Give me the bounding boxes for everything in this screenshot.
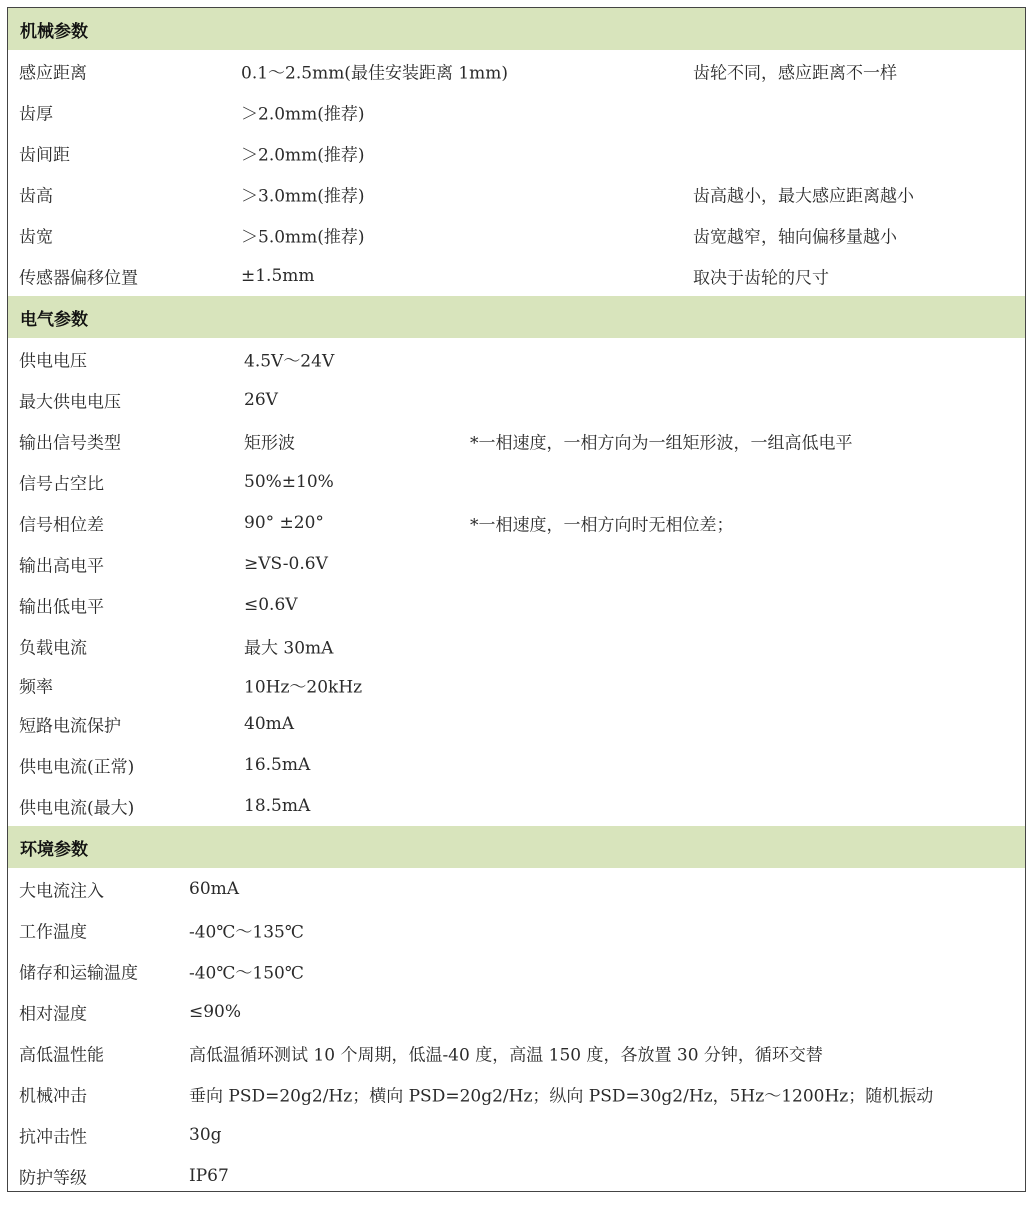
param-value: 16.5mA	[244, 755, 310, 775]
section-header-mechanical: 机械参数	[8, 8, 1025, 50]
table-row: 齿厚＞2.0mm(推荐)	[8, 91, 1025, 132]
param-value: 0.1～2.5mm(最佳安装距离 1mm)	[241, 58, 508, 83]
table-row: 信号占空比50%±10%	[8, 461, 1025, 502]
table-row: 负载电流最大 30mA	[8, 625, 1025, 666]
table-row: 大电流注入60mA	[8, 868, 1025, 909]
param-name: 高低温性能	[19, 1040, 104, 1065]
table-row: 输出低电平≤0.6V	[8, 584, 1025, 625]
param-name: 频率	[19, 672, 53, 697]
section-header-environmental: 环境参数	[8, 826, 1025, 868]
table-row: 供电电流(最大)18.5mA	[8, 785, 1025, 826]
param-value: 高低温循环测试 10 个周期，低温-40 度，高温 150 度，各放置 30 分…	[189, 1040, 823, 1065]
table-row: 齿间距＞2.0mm(推荐)	[8, 132, 1025, 173]
table-row: 输出高电平≥VS-0.6V	[8, 543, 1025, 584]
param-value: -40℃～150℃	[189, 958, 304, 983]
param-value: ＞2.0mm(推荐)	[241, 140, 365, 165]
param-note: 齿宽越窄，轴向偏移量越小	[693, 222, 897, 247]
param-value: -40℃～135℃	[189, 917, 304, 942]
param-value: 矩形波	[244, 428, 295, 453]
spec-table: 机械参数 感应距离0.1～2.5mm(最佳安装距离 1mm)齿轮不同，感应距离不…	[7, 7, 1026, 1192]
section-header-electrical: 电气参数	[8, 296, 1025, 338]
param-value: ±1.5mm	[241, 266, 315, 286]
param-value: ＞5.0mm(推荐)	[241, 222, 365, 247]
table-row: 高低温性能高低温循环测试 10 个周期，低温-40 度，高温 150 度，各放置…	[8, 1032, 1025, 1073]
param-value: 50%±10%	[244, 472, 334, 492]
param-value: ＞3.0mm(推荐)	[241, 181, 365, 206]
param-value: ≤0.6V	[244, 595, 298, 615]
table-row: 频率10Hz～20kHz	[8, 666, 1025, 703]
param-name: 齿高	[19, 181, 53, 206]
param-name: 信号相位差	[19, 510, 104, 535]
param-note: 齿轮不同，感应距离不一样	[693, 58, 897, 83]
table-row: 最大供电电压26V	[8, 379, 1025, 420]
table-row: 感应距离0.1～2.5mm(最佳安装距离 1mm)齿轮不同，感应距离不一样	[8, 50, 1025, 91]
table-row: 机械冲击垂向 PSD=20g2/Hz；横向 PSD=20g2/Hz；纵向 PSD…	[8, 1073, 1025, 1114]
section-mechanical: 机械参数 感应距离0.1～2.5mm(最佳安装距离 1mm)齿轮不同，感应距离不…	[8, 8, 1025, 296]
param-name: 供电电压	[19, 346, 87, 371]
param-value: IP67	[189, 1166, 229, 1186]
param-name: 齿厚	[19, 99, 53, 124]
table-row: 相对湿度≤90%	[8, 991, 1025, 1032]
table-row: 传感器偏移位置±1.5mm取决于齿轮的尺寸	[8, 255, 1025, 296]
param-name: 齿间距	[19, 140, 70, 165]
param-name: 信号占空比	[19, 469, 104, 494]
table-row: 防护等级IP67	[8, 1155, 1025, 1196]
param-note: 取决于齿轮的尺寸	[693, 263, 829, 288]
param-name: 输出信号类型	[19, 428, 121, 453]
param-value: 26V	[244, 390, 278, 410]
table-row: 供电电流(正常)16.5mA	[8, 744, 1025, 785]
param-name: 供电电流(正常)	[19, 752, 134, 777]
table-row: 工作温度-40℃～135℃	[8, 909, 1025, 950]
param-name: 储存和运输温度	[19, 958, 138, 983]
param-name: 大电流注入	[19, 876, 104, 901]
param-value: ≥VS-0.6V	[244, 554, 328, 574]
section-electrical: 电气参数 供电电压4.5V～24V 最大供电电压26V 输出信号类型矩形波*一相…	[8, 296, 1025, 826]
param-name: 短路电流保护	[19, 711, 121, 736]
table-row: 储存和运输温度-40℃～150℃	[8, 950, 1025, 991]
param-name: 相对湿度	[19, 999, 87, 1024]
param-name: 感应距离	[19, 58, 87, 83]
param-value: 60mA	[189, 879, 239, 899]
param-value: 90° ±20°	[244, 513, 324, 533]
param-name: 输出高电平	[19, 551, 104, 576]
param-name: 最大供电电压	[19, 387, 121, 412]
param-name: 输出低电平	[19, 592, 104, 617]
table-row: 抗冲击性30g	[8, 1114, 1025, 1155]
param-name: 抗冲击性	[19, 1122, 87, 1147]
param-value: 垂向 PSD=20g2/Hz；横向 PSD=20g2/Hz；纵向 PSD=30g…	[189, 1081, 933, 1106]
param-note: 齿高越小，最大感应距离越小	[693, 181, 914, 206]
param-name: 机械冲击	[19, 1081, 87, 1106]
param-name: 工作温度	[19, 917, 87, 942]
param-name: 齿宽	[19, 222, 53, 247]
param-value: 40mA	[244, 714, 294, 734]
param-value: 10Hz～20kHz	[244, 672, 362, 697]
param-value: ≤90%	[189, 1002, 241, 1022]
param-value: ＞2.0mm(推荐)	[241, 99, 365, 124]
table-row: 齿宽＞5.0mm(推荐)齿宽越窄，轴向偏移量越小	[8, 214, 1025, 255]
param-value: 30g	[189, 1125, 222, 1145]
param-value: 最大 30mA	[244, 633, 333, 658]
table-row: 供电电压4.5V～24V	[8, 338, 1025, 379]
param-name: 防护等级	[19, 1163, 87, 1188]
table-row: 短路电流保护40mA	[8, 703, 1025, 744]
param-note: *一相速度，一相方向为一组矩形波，一组高低电平	[470, 428, 853, 453]
table-row: 信号相位差90° ±20°*一相速度，一相方向时无相位差；	[8, 502, 1025, 543]
param-note: *一相速度，一相方向时无相位差；	[470, 510, 734, 535]
table-row: 输出信号类型矩形波*一相速度，一相方向为一组矩形波，一组高低电平	[8, 420, 1025, 461]
param-name: 负载电流	[19, 633, 87, 658]
param-name: 供电电流(最大)	[19, 793, 134, 818]
param-value: 18.5mA	[244, 796, 310, 816]
param-value: 4.5V～24V	[244, 346, 334, 371]
table-row: 齿高＞3.0mm(推荐)齿高越小，最大感应距离越小	[8, 173, 1025, 214]
param-name: 传感器偏移位置	[19, 263, 138, 288]
section-environmental: 环境参数 大电流注入60mA 工作温度-40℃～135℃ 储存和运输温度-40℃…	[8, 826, 1025, 1196]
